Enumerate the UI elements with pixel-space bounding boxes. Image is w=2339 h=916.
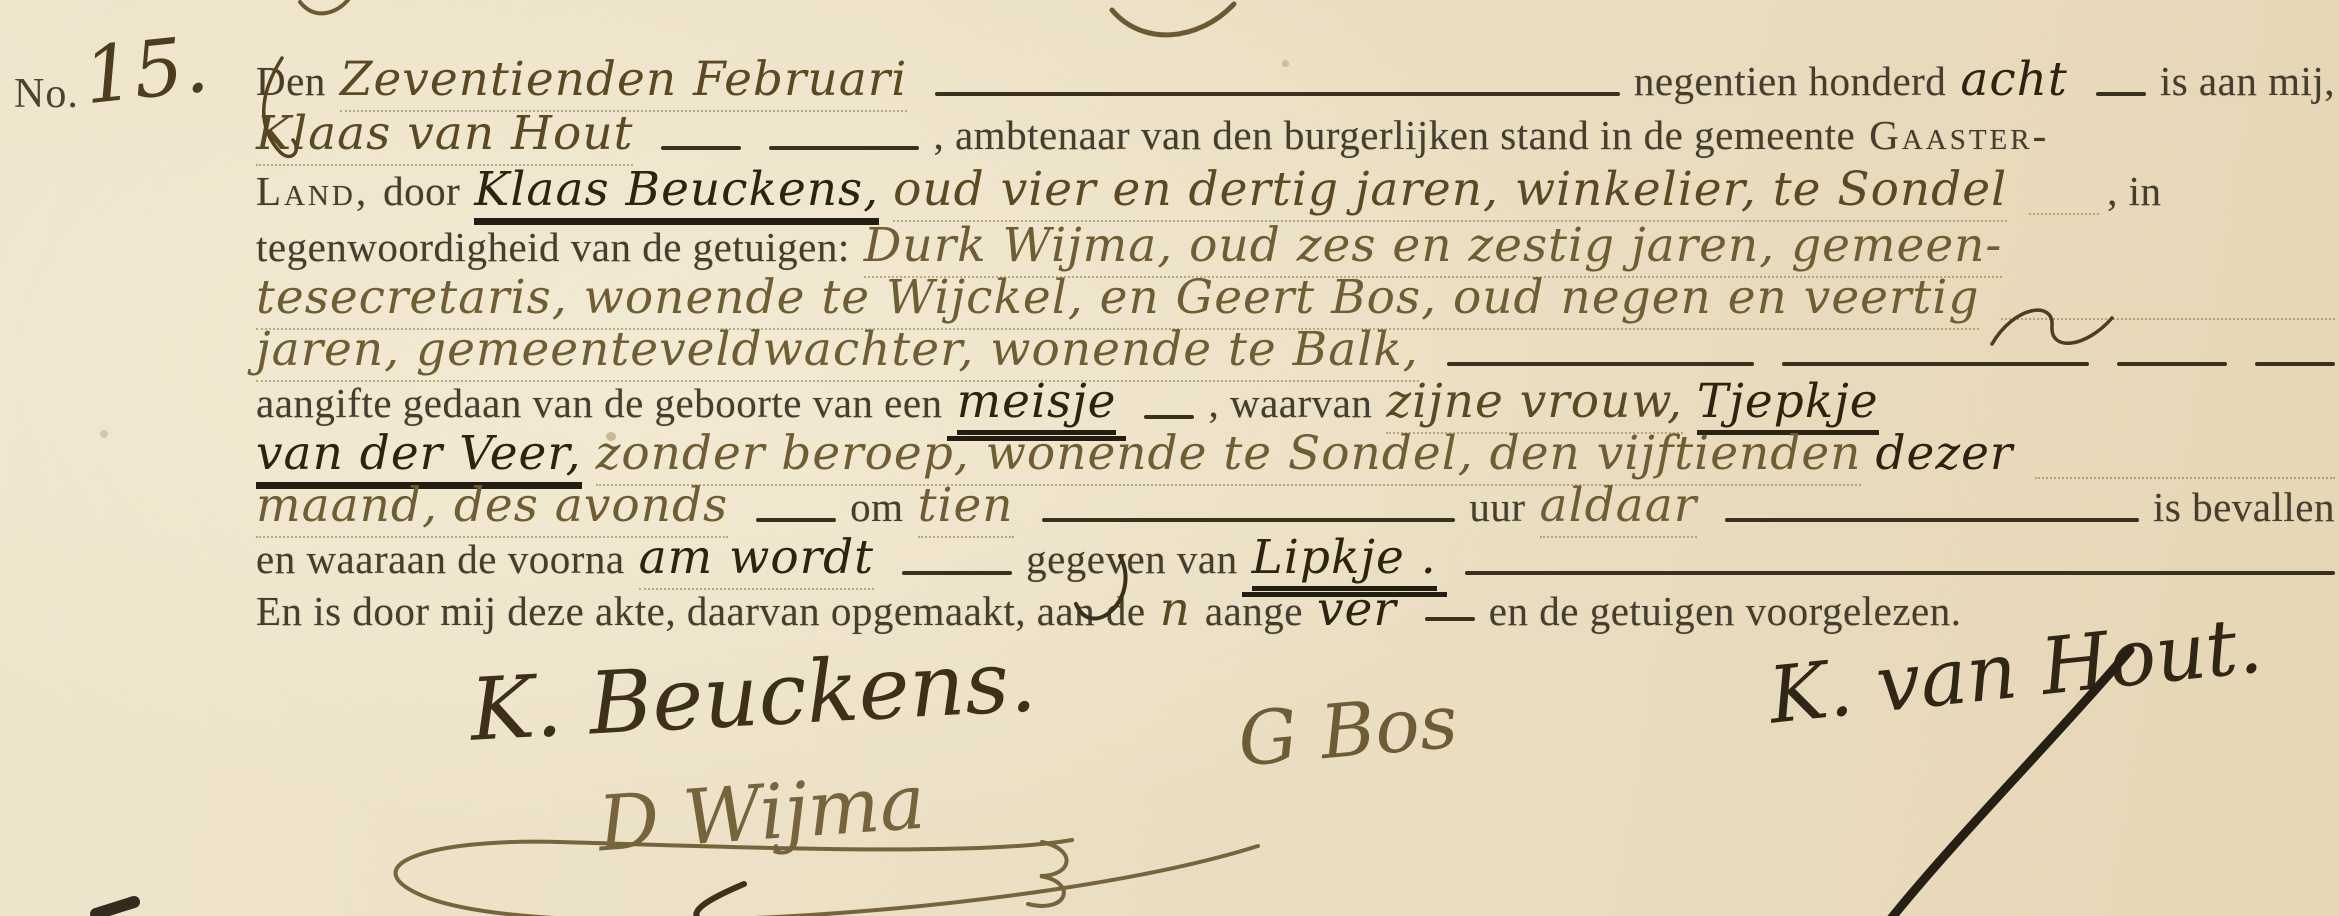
- ink-dash: [2117, 362, 2227, 366]
- ink-dash: [1725, 518, 2139, 522]
- ink-dash: [1447, 362, 1754, 366]
- ink-dash: [1425, 617, 1475, 621]
- paper-stain: [100, 430, 108, 438]
- ink-dash: [2255, 362, 2335, 366]
- handwritten-declarant-name: Klaas Beuckens,: [474, 162, 879, 225]
- printed-text: gegeven van: [1026, 535, 1238, 583]
- printed-closing-text: En is door mij deze akte, daarvan opgema…: [256, 587, 1146, 635]
- signature-declarant: K. Beuckens.: [468, 631, 1039, 761]
- signature-witness-wijma: D Wijma: [595, 757, 928, 869]
- printed-text: is bevallen: [2153, 483, 2335, 531]
- printed-text: tegenwoordigheid van de getuigen:: [256, 223, 850, 271]
- ink-dash: [2096, 92, 2146, 96]
- handwritten-mother-details: zonder beroep, wonende te Sondel, den vi…: [596, 426, 1862, 486]
- ink-dash: [1465, 571, 2335, 575]
- handwritten-witness-details: tesecretaris, wonende te Wijckel, en Gee…: [256, 270, 1979, 330]
- printed-text: en waaraan de voorna: [256, 535, 625, 583]
- printed-text: aange: [1205, 587, 1303, 635]
- printed-text: , waarvan: [1208, 379, 1372, 427]
- handwritten-place: aldaar: [1540, 478, 1698, 538]
- dotted-leader: [2001, 317, 2335, 320]
- act-line-3: Land, door Klaas Beuckens, oud vier en d…: [256, 162, 2335, 225]
- handwritten-hour: tien: [918, 478, 1014, 538]
- printed-text: , ambtenaar van den burgerlijken stand i…: [933, 111, 1855, 159]
- act-line-2: Klaas van Hout , ambtenaar van den burge…: [256, 106, 2335, 166]
- cropped-edge-mark: [96, 902, 134, 914]
- handwritten-date: Zeventienden Februari: [340, 52, 907, 112]
- handwritten-text: ver: [1317, 582, 1397, 637]
- wijma-curl-flourish: [1028, 842, 1067, 906]
- ink-dash: [756, 518, 836, 522]
- cropped-top-flourish: [1112, 4, 1234, 35]
- printed-text: uur: [1469, 483, 1525, 531]
- handwritten-witness1: Durk Wijma, oud zes en zestig jaren, gem…: [864, 218, 2003, 278]
- ink-dash: [661, 146, 741, 150]
- act-line-4: tegenwoordigheid van de getuigen: Durk W…: [256, 218, 2335, 278]
- act-line-9: maand, des avonds om tien uur aldaar is …: [256, 478, 2335, 538]
- printed-text: door: [383, 167, 460, 215]
- cropped-bottom-flourish: [696, 884, 744, 916]
- dotted-leader: [2029, 212, 2099, 215]
- signature-witness-bos: G Bos: [1235, 679, 1461, 784]
- act-line-1: Den Zeventienden Februari negentien hond…: [256, 52, 2335, 112]
- ink-dash: [1144, 415, 1194, 419]
- act-line-5: tesecretaris, wonende te Wijckel, en Gee…: [256, 270, 2335, 330]
- ink-dash: [902, 571, 1012, 575]
- record-number-value: 15.: [80, 20, 213, 122]
- handwritten-time-of-day: maand, des avonds: [256, 478, 728, 538]
- handwritten-registrar-name: Klaas van Hout: [256, 106, 633, 166]
- ink-dash: [1042, 518, 1456, 522]
- ink-dash: [935, 92, 1620, 96]
- handwritten-text: zijne vrouw,: [1386, 374, 1683, 434]
- ink-dash: [1782, 362, 2089, 366]
- printed-text: aangifte gedaan van de geboorte van een: [256, 379, 943, 427]
- act-line-6: jaren, gemeenteveldwachter, wonende te B…: [256, 322, 2335, 382]
- printed-text: , in: [2107, 167, 2161, 215]
- scanned-birth-record: No. 15. Den Zeventienden Februari negent…: [0, 0, 2339, 916]
- printed-text: om: [850, 483, 903, 531]
- printed-text: negentien honderd: [1634, 57, 1946, 105]
- printed-text: Den: [256, 57, 326, 105]
- handwritten-witness2-details: jaren, gemeenteveldwachter, wonende te B…: [256, 322, 1419, 382]
- printed-text: en de getuigen voorgelezen.: [1489, 587, 1962, 635]
- handwritten-year: acht: [1960, 52, 2068, 107]
- handwritten-text: n: [1160, 582, 1191, 637]
- cropped-top-flourish: [300, 0, 348, 13]
- handwritten-declarant-details: oud vier en dertig jaren, winkelier, te …: [893, 162, 2007, 222]
- record-number-label: No.: [14, 70, 79, 118]
- ink-dash: [769, 146, 919, 150]
- printed-text: is aan mij,: [2160, 57, 2335, 105]
- handwritten-text: am wordt: [639, 530, 875, 590]
- printed-municipality: Gaaster-: [1869, 111, 2049, 159]
- printed-text: Land,: [256, 167, 369, 215]
- handwritten-text: dezer: [1875, 426, 2013, 481]
